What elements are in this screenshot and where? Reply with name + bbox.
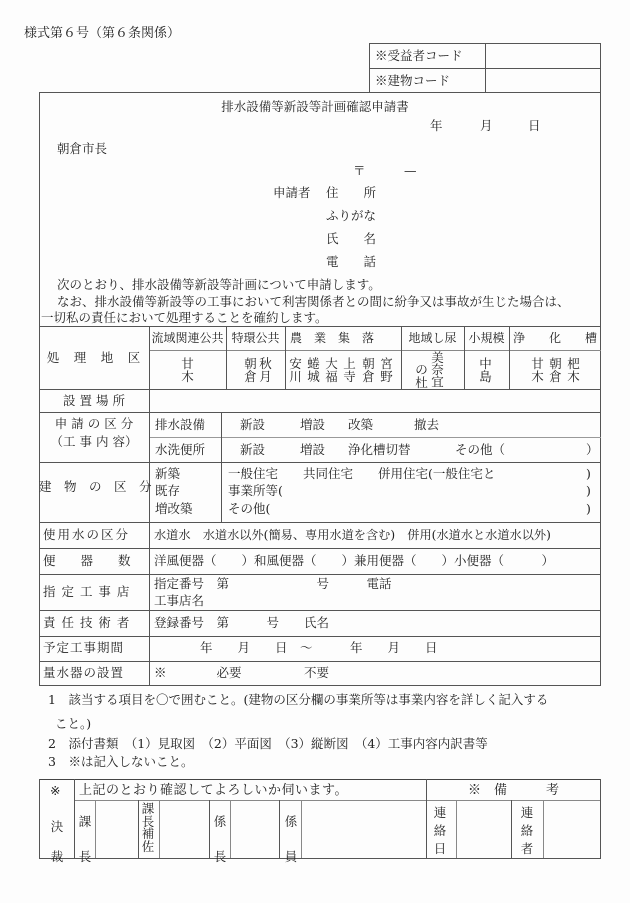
postal-dash: — xyxy=(404,165,417,178)
region-header-nogyo: 農 業 集 落 xyxy=(290,332,374,344)
toilet-count-fields[interactable]: 洋風便器（ ）和風便器（ ）兼用便器（ ）小便器（ ） xyxy=(154,555,554,568)
option-toilet-septic-switch[interactable]: 浄化槽切替 xyxy=(348,444,411,457)
building-line-other[interactable]: その他( xyxy=(228,503,270,516)
region-area-ofuku[interactable]: 大福 xyxy=(325,357,338,383)
page-title: 排水設備等新設等計画確認申請書 xyxy=(0,101,630,114)
option-toilet-expand[interactable]: 増設 xyxy=(300,444,325,457)
approval-statement: 上記のとおり確認してよろしいか伺います。 xyxy=(79,784,348,797)
building-category-existing[interactable]: 既存 xyxy=(155,485,180,498)
date-day-label: 日 xyxy=(528,120,541,133)
building-line-business-close: ) xyxy=(586,485,591,498)
building-code-label: ※建物コード xyxy=(375,75,450,88)
statement-line-3: 一切私の責任において処理することを確約します。 xyxy=(41,312,328,325)
option-drainage-rebuild[interactable]: 改築 xyxy=(348,419,373,432)
contractor-number-phone[interactable]: 指定番号 第 号 電話 xyxy=(154,578,392,591)
category-drainage: 排水設備 xyxy=(155,419,205,432)
meter-label: 量水器の設置 xyxy=(43,667,124,680)
install-location-field[interactable] xyxy=(151,391,599,411)
option-drainage-expand[interactable]: 増設 xyxy=(300,419,325,432)
contractor-name[interactable]: 工事店名 xyxy=(154,595,204,608)
option-drainage-new[interactable]: 新設 xyxy=(240,419,265,432)
building-line-business[interactable]: 事業所等( xyxy=(228,485,283,498)
region-label: 処 理 地 区 xyxy=(39,352,149,365)
region-area-jokaso-haki[interactable]: 杷木 xyxy=(567,357,580,383)
remarks-label: ※ 備 考 xyxy=(426,784,601,797)
application-type-label: 申 請 の 区 分 xyxy=(39,418,149,431)
furigana-label: ふりがな xyxy=(326,210,376,223)
region-area-kiragi[interactable]: 蜷城 xyxy=(307,357,320,383)
install-location-label: 設 置 場 所 xyxy=(39,395,149,408)
meter-options[interactable]: ※ 必要 不要 xyxy=(154,667,329,680)
statement-line-1: 次のとおり、排水設備等新設等計画について申請します。 xyxy=(57,279,381,292)
phone-label: 電 話 xyxy=(326,256,376,269)
contact-person-field[interactable] xyxy=(544,801,600,858)
building-category-renovation[interactable]: 増改築 xyxy=(155,503,193,516)
region-area-kamidera[interactable]: 上寺 xyxy=(343,357,356,383)
applicant-label: 申請者 xyxy=(273,187,311,200)
building-line-other-close: ) xyxy=(586,503,591,516)
toilet-count-label: 便 器 数 xyxy=(43,555,131,568)
stamp-field-assistant-chief[interactable] xyxy=(160,801,209,858)
region-area-asakura-2[interactable]: 朝倉 xyxy=(362,357,375,383)
address-label: 住 所 xyxy=(326,187,376,200)
region-area-yasukawa[interactable]: 安川 xyxy=(289,357,302,383)
schedule-fields[interactable]: 年 月 日 ～ 年 月 日 xyxy=(200,642,438,655)
category-flush-toilet: 水洗便所 xyxy=(155,444,205,457)
region-header-ryuiki: 流域関連公共 xyxy=(149,332,226,344)
postal-mark: 〒 xyxy=(353,165,366,178)
region-area-nakashima[interactable]: 中島 xyxy=(479,357,492,383)
name-label: 氏 名 xyxy=(326,233,376,246)
region-area-akizuki[interactable]: 秋月 xyxy=(259,357,272,383)
contractor-label: 指 定 工 事 店 xyxy=(43,586,130,599)
region-header-chiiki: 地域し尿 xyxy=(401,332,464,344)
stamp-field-subsection-chief[interactable] xyxy=(231,801,279,858)
region-area-asakura[interactable]: 朝倉 xyxy=(244,357,257,383)
addressee: 朝倉市長 xyxy=(57,143,107,156)
note-1-cont: こと。) xyxy=(55,718,91,731)
option-toilet-other-close: ） xyxy=(586,444,599,457)
building-line-residential-close: ) xyxy=(586,468,591,481)
region-area-nomori[interactable]: の杜 xyxy=(415,363,428,389)
building-code-field[interactable] xyxy=(487,70,599,92)
note-1: 1 該当する項目を〇で囲むこと。(建物の区分欄の事業所等は事業内容を詳しく記入す… xyxy=(48,694,548,707)
form-number: 様式第６号（第６条関係） xyxy=(24,27,180,40)
water-use-options[interactable]: 水道水 水道水以外(簡易、専用水道を含む) 併用(水道水と水道水以外) xyxy=(154,529,551,541)
contact-date-label: 連絡日 xyxy=(433,804,447,858)
water-use-label: 使用水の区分 xyxy=(43,529,130,542)
engineer-fields[interactable]: 登録番号 第 号 氏名 xyxy=(154,617,329,630)
approval-mark: ※ xyxy=(50,785,60,798)
contact-person-label: 連絡者 xyxy=(520,804,534,858)
stamp-label-subsection-chief: 係長 xyxy=(213,804,227,874)
contact-date-field[interactable] xyxy=(457,801,511,858)
schedule-label: 予定工事期間 xyxy=(43,642,124,655)
date-year-label: 年 xyxy=(430,120,443,133)
stamp-field-section-chief[interactable] xyxy=(96,801,138,858)
building-category-new[interactable]: 新築 xyxy=(155,468,180,481)
option-drainage-remove[interactable]: 撤去 xyxy=(414,419,439,432)
option-toilet-new[interactable]: 新設 xyxy=(240,444,265,457)
region-header-tokkan: 特環公共 xyxy=(226,332,285,344)
region-area-jokaso-amagi[interactable]: 甘木 xyxy=(531,357,544,383)
application-type-sublabel: （工 事 内 容） xyxy=(39,436,149,449)
statement-line-2: なお、排水設備等新設等の工事において利害関係者との間に紛争又は事故が生じた場合は… xyxy=(57,296,570,309)
engineer-label: 責 任 技 術 者 xyxy=(43,617,130,630)
stamp-label-assistant-chief: 課長補佐 xyxy=(141,803,155,853)
region-header-shokibo: 小規模 xyxy=(464,332,509,344)
region-area-minagi[interactable]: 美奈宜 xyxy=(431,352,444,388)
stamp-label-section-chief: 課長 xyxy=(78,804,92,874)
stamp-field-staff[interactable] xyxy=(302,801,426,858)
note-3: 3 ※は記入しないこと。 xyxy=(48,756,193,769)
building-line-residential[interactable]: 一般住宅 共同住宅 併用住宅(一般住宅と xyxy=(228,468,495,481)
region-area-jokaso-asakura[interactable]: 朝倉 xyxy=(549,357,562,383)
region-header-jokaso: 浄 化 槽 xyxy=(513,332,597,344)
region-area-amagi[interactable]: 甘木 xyxy=(181,357,194,383)
region-area-miyano[interactable]: 宮野 xyxy=(380,357,393,383)
option-toilet-other[interactable]: その他（ xyxy=(455,444,505,457)
building-type-label: 建 物 の 区 分 xyxy=(39,481,149,494)
approval-label: 決裁 xyxy=(50,812,64,872)
date-month-label: 月 xyxy=(480,120,493,133)
beneficiary-code-label: ※受益者コード xyxy=(375,50,463,63)
note-2: 2 添付書類 （1）見取図 （2）平面図 （3）縦断図 （4）工事内容内訳書等 xyxy=(48,738,488,751)
beneficiary-code-field[interactable] xyxy=(487,45,599,67)
stamp-label-staff: 係員 xyxy=(284,804,298,874)
